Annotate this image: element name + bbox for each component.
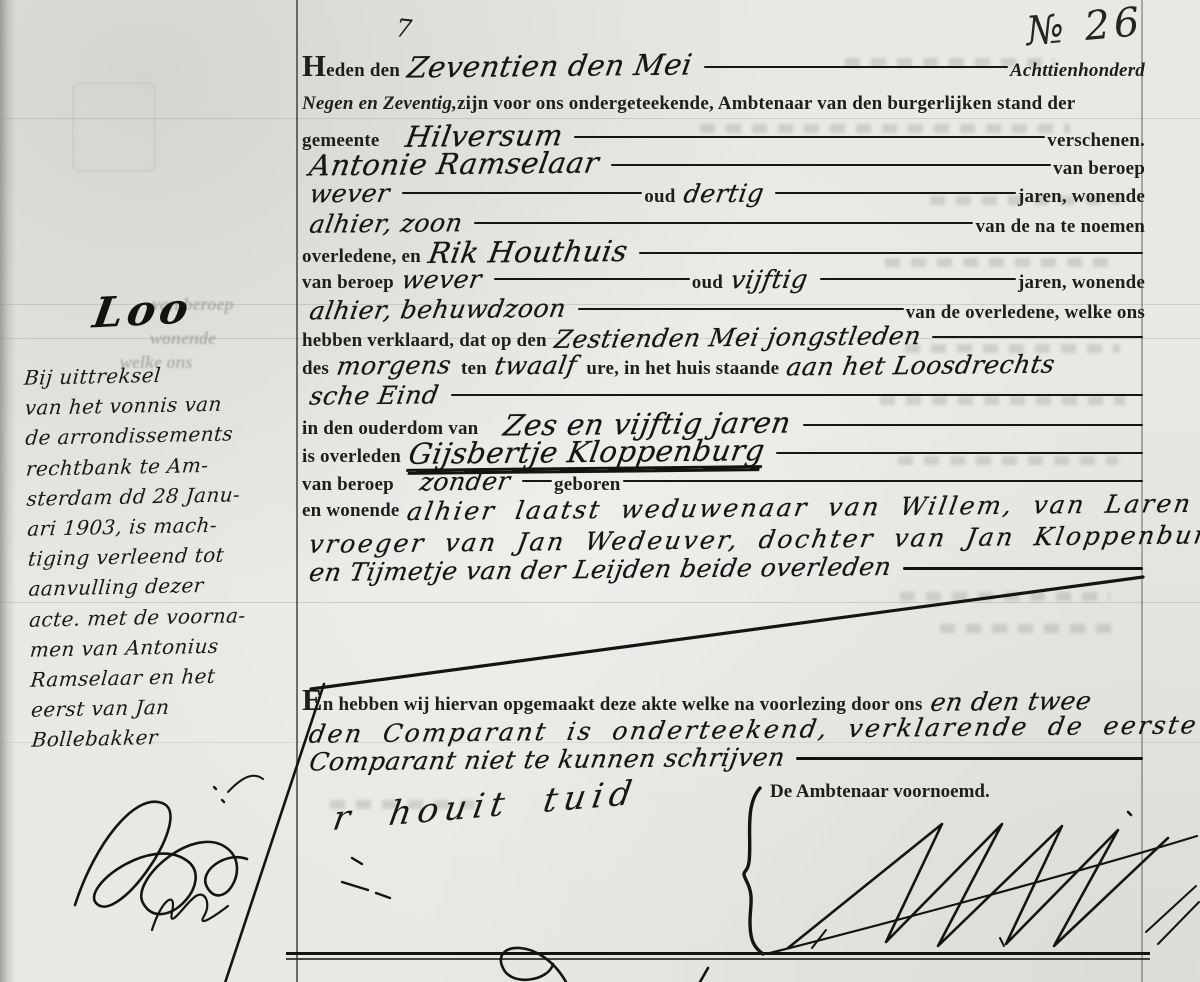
officer-signature [770,812,1199,953]
filler-line [702,56,1010,76]
form-line: Negen en Zeventig,zijn voor ons onderget… [302,90,1145,120]
death-certificate-scan: van beroep wonende welke ons № 26 7 Loo … [0,0,1200,982]
form-line: Heden denZeventien den MeiAchttienhonder… [302,52,1145,82]
form-line: vroeger van Jan Wedeuver, dochter van Ja… [302,526,1145,556]
form-line: Comparant niet te kunnen schrijven [302,746,1145,776]
handwritten-entry: en Tijmetje van der Leijden beide overle… [307,553,893,587]
filler-line [472,212,975,232]
form-line: alhier, zoonvan de na te noemen [302,210,1145,240]
filler-line [492,268,692,288]
filler-line [609,154,1053,174]
officer-title: De Ambtenaar voornoemd. [770,781,990,803]
printed-form-text: oud [692,269,723,297]
printed-form-text: oud [644,183,675,211]
bleed-through [900,592,1110,601]
handwritten-entry: morgens [335,351,454,380]
handwritten-entry: twaalf [492,352,578,381]
filler-line [774,442,1145,462]
pen-marks [812,930,1004,948]
filler-line [400,182,645,202]
filler-line [794,748,1145,768]
embossed-stamp [72,82,156,172]
form-line: desmorgenstentwaalfure, in het huis staa… [302,352,1145,382]
margin-note-line: Bollebakker [31,720,295,756]
handwritten-entry: vijftig [729,266,810,295]
pen-marks [342,858,390,898]
printed-form-text: Achttienhonderd [1010,57,1145,85]
form-line: den Comparant is onderteekend, verklaren… [302,716,1145,746]
bottom-rule [286,958,1150,960]
filler-line [572,126,1047,146]
form-line: is overledenGijsbertje Kloppenburg [302,438,1145,468]
filler-line [449,384,1145,404]
printed-form-text: is overleden [302,443,401,471]
handwritten-entry: Comparant niet te kunnen schrijven [307,744,787,777]
handwritten-entry: zonder [418,468,513,497]
margin-note-line: de arrondissements [24,418,288,454]
printed-form-text: jaren, wonende [1018,183,1145,211]
closing-brace-icon [744,788,763,954]
filler-line [901,558,1145,578]
act-number: № 26 [1024,0,1145,55]
margin-signature [75,776,263,914]
handwritten-entry: wever [400,266,484,295]
form-line: van beroepweveroudvijftigjaren, wonende [302,266,1145,296]
margin-note-line: aanvulling dezer [27,569,291,605]
filler-line [818,268,1018,288]
printed-form-text: van beroep [302,269,394,297]
filler-line [773,182,1018,202]
form-line: en wonendealhier laatst weduwenaar van W… [302,494,1145,524]
printed-form-text: van beroep [1053,155,1145,183]
handwritten-entry: alhier, zoon [308,209,465,239]
printed-form-text: zijn voor ons ondergeteekende, Ambtenaar… [457,90,1075,118]
handwritten-entry: Zeventien den Mei [405,51,694,82]
margin-annotation-header: Loo [90,283,196,337]
clerk-signature [152,895,228,930]
filler-line [801,414,1145,434]
filler-line [930,326,1145,346]
handwritten-entry: dertig [681,180,766,209]
bleed-through [940,624,1115,633]
bottom-rule [286,952,1150,955]
handwritten-entry: wever [308,180,392,209]
printed-form-text: ure, in het huis staande [586,355,779,383]
filler-line [637,242,1145,262]
handwritten-entry: Zestienden Mei jongstleden [552,322,923,354]
printed-form-text: Negen en Zeventig, [302,90,457,118]
handwritten-entry: Antonie Ramselaar [307,148,601,179]
handwritten-entry: Rik Houthuis [426,237,629,267]
filler-line [520,470,554,490]
printed-form-text: Heden den [302,52,400,85]
filler-line [621,470,1146,490]
printed-form-text: van de na te noemen [975,213,1145,241]
insert-caret: 7 [395,13,414,44]
form-line: en Tijmetje van der Leijden beide overle… [302,556,1145,586]
margin-rule [296,0,298,982]
handwritten-entry: alhier, behuwdzoon [307,295,568,326]
filler-line [576,298,906,318]
handwritten-entry: aan het Loosdrechts [785,351,1058,382]
form-line: overledene, enRik Houthuis [302,238,1145,268]
witness-signature: r houit tuid [330,773,641,839]
printed-form-text: van de overledene, welke ons [906,299,1145,327]
form-line: weverouddertigjaren, wonende [302,180,1145,210]
handwritten-entry: sche Eind [308,381,441,410]
handwritten-entry: alhier laatst weduwenaar van Willem, van… [405,490,1195,526]
form-line: Antonie Ramselaarvan beroep [302,150,1145,180]
form-line: alhier, behuwdzoonvan de overledene, wel… [302,296,1145,326]
margin-annotation-note: Bij uittrekselvan het vonnis vande arron… [24,357,294,755]
printed-form-text: jaren, wonende [1018,269,1145,297]
printed-form-text: en wonende [302,497,400,525]
printed-form-text: des [302,355,329,383]
printed-form-text: ten [461,355,487,383]
